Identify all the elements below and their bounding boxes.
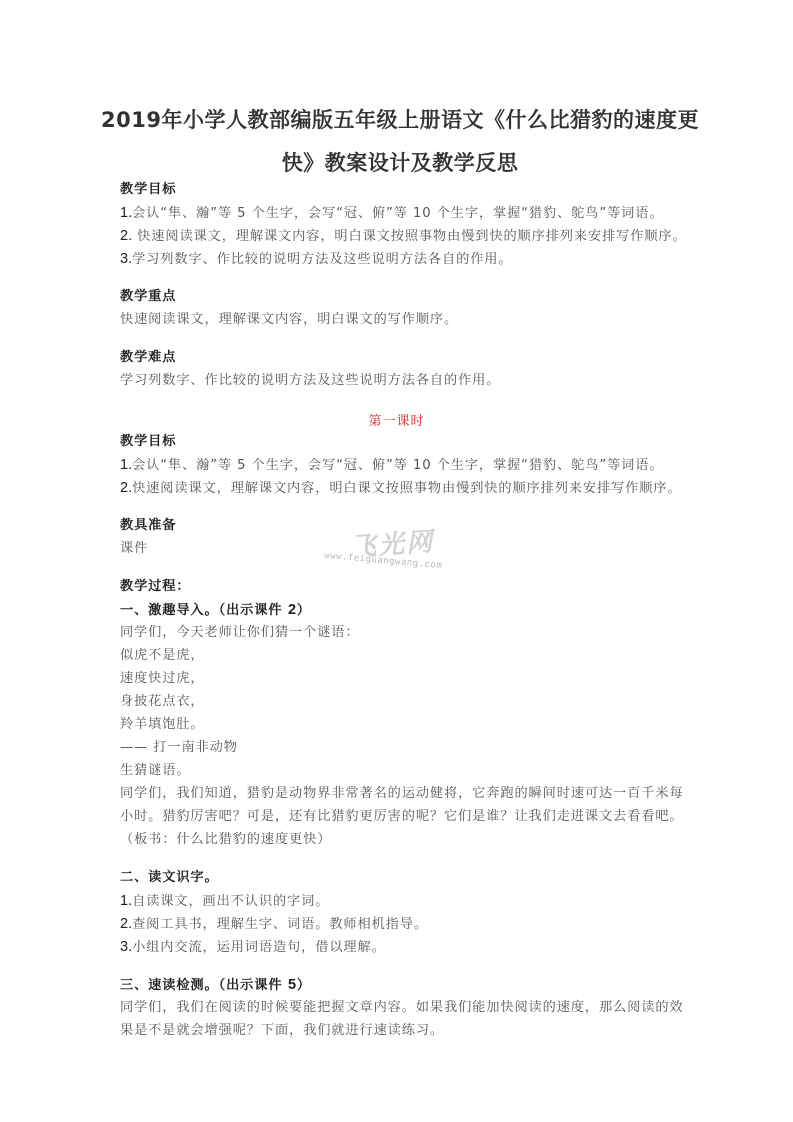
lesson-label: 第一课时 [100,410,693,429]
document-title-line1: 2019年小学人教部编版五年级上册语文《什么比猎豹的速度更 [100,104,700,134]
difficulties-text: 学习列数字、作比较的说明方法及这些说明方法各自的作用。 [120,372,500,390]
step1-line: 小时。猎豹厉害吧？可是，还有比猎豹更厉害的呢？它们是谁？让我们走进课文去看看吧。 [120,808,684,826]
goal-number: 1. [120,457,132,473]
step2-heading: 二、读文识字。 [120,869,219,887]
step1-line: 同学们，我们知道，猎豹是动物界非常著名的运动健将，它奔跑的瞬间时速可达一百千米每 [120,785,684,803]
step1-heading-end: ） [297,603,311,618]
tools-heading: 教具准备 [120,517,176,535]
tools-text: 课件 [120,540,148,558]
step2-text: 查阅工具书，理解生字、词语。教师相机指导。 [132,917,428,932]
step3-heading-end: ） [297,978,311,993]
goal-item: 2. 快速阅读课文，理解课文内容，明白课文按照事物由慢到快的顺序排列来安排写作顺… [120,227,687,246]
goal-number: 2. [120,480,132,496]
goal-text: 会认“隼、瀚”等 5 个生字，会写“冠、俯”等 10 个生字，掌握“猎豹、鸵鸟”… [132,458,663,473]
riddle-line: 速度快过虎， [120,670,205,688]
goal-text: 会认“隼、瀚”等 5 个生字，会写“冠、俯”等 10 个生字，掌握“猎豹、鸵鸟”… [132,206,663,221]
step2-text: 自读课文，画出不认识的字词。 [132,894,329,909]
step1-line: 生猜谜语。 [120,762,190,780]
goal-text: 学习列数字、作比较的说明方法及这些说明方法各自的作用。 [132,252,512,267]
step2-item: 2.查阅工具书，理解生字、词语。教师相机指导。 [120,915,428,934]
step3-heading-text: 三、速读检测。（出示课件 [120,978,288,993]
step2-text: 小组内交流，运用词语造句，借以理解。 [132,940,386,955]
lesson-goal-item: 2.快速阅读课文，理解课文内容，明白课文按照事物由慢到快的顺序排列来安排写作顺序… [120,479,682,498]
step1-courseware-number: 2 [288,602,297,618]
riddle-line: 羚羊填饱肚。 [120,716,205,734]
step2-number: 2. [120,916,132,932]
riddle-line: 似虎不是虎， [120,647,205,665]
key-points-text: 快速阅读课文，理解课文内容，明白课文的写作顺序。 [120,311,458,329]
step2-number: 3. [120,939,132,955]
section-heading-difficulties: 教学难点 [120,349,176,367]
lesson-goal-item: 1.会认“隼、瀚”等 5 个生字，会写“冠、俯”等 10 个生字，掌握“猎豹、鸵… [120,456,663,475]
step3-line: 果是不是就会增强呢？下面，我们就进行速读练习。 [120,1022,444,1040]
goal-text: 快速阅读课文，理解课文内容，明白课文按照事物由慢到快的顺序排列来安排写作顺序。 [132,229,687,244]
section-heading-goals: 教学目标 [120,181,176,199]
blackboard-note: （板书：什么比猎豹的速度更快） [120,831,331,849]
lesson-goals-heading: 教学目标 [120,433,176,451]
goal-item: 1.会认“隼、瀚”等 5 个生字，会写“冠、俯”等 10 个生字，掌握“猎豹、鸵… [120,204,663,223]
document-title-line2: 快》教案设计及教学反思 [100,147,700,177]
document-page: 2019年小学人教部编版五年级上册语文《什么比猎豹的速度更 快》教案设计及教学反… [0,0,793,1122]
riddle-line: 身披花点衣， [120,693,205,711]
process-heading: 教学过程： [120,578,190,596]
step2-item: 1.自读课文，画出不认识的字词。 [120,892,329,911]
step1-line: 同学们，今天老师让你们猜一个谜语： [120,624,360,642]
watermark-logo-icon: 飞光网 www.feiguangwang.com [322,524,462,584]
watermark-url: www.feiguangwang.com [324,551,443,571]
step3-heading: 三、速读检测。（出示课件 5） [120,976,311,995]
goal-item: 3.学习列数字、作比较的说明方法及这些说明方法各自的作用。 [120,250,512,269]
goal-number: 2. [120,228,132,244]
goal-number: 3. [120,251,132,267]
step1-heading: 一、激趣导入。（出示课件 2） [120,601,311,620]
step2-item: 3.小组内交流，运用词语造句，借以理解。 [120,938,386,957]
step3-courseware-number: 5 [288,977,297,993]
step2-number: 1. [120,893,132,909]
goal-number: 1. [120,205,132,221]
step1-heading-text: 一、激趣导入。（出示课件 [120,603,288,618]
section-heading-key-points: 教学重点 [120,288,176,306]
step3-line: 同学们，我们在阅读的时候要能把握文章内容。如果我们能加快阅读的速度，那么阅读的效 [120,999,684,1017]
goal-text: 快速阅读课文，理解课文内容，明白课文按照事物由慢到快的顺序排列来安排写作顺序。 [132,481,681,496]
watermark-brand: 飞光网 [349,521,435,564]
riddle-hint: —— 打一南非动物 [120,739,238,757]
